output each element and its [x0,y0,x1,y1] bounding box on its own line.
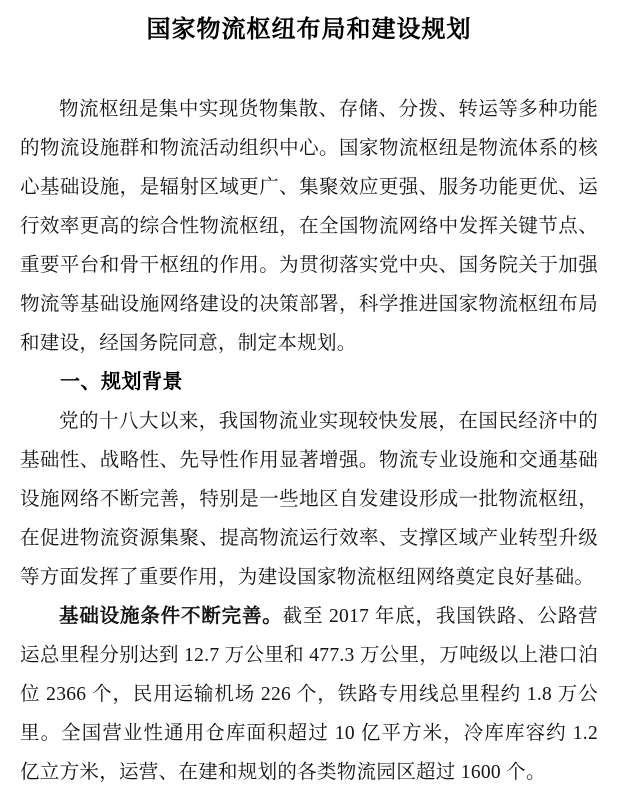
infrastructure-paragraph-lead: 基础设施条件不断完善。 [59,606,283,627]
section-heading-planning-background: 一、规划背景 [20,363,598,402]
document-page: 国家物流枢纽布局和建设规划 物流枢纽是集中实现货物集散、存储、分拨、转运等多种功… [0,0,618,787]
document-title: 国家物流枢纽布局和建设规划 [20,12,598,48]
background-paragraph: 党的十八大以来，我国物流业实现较快发展，在国民经济中的基础性、战略性、先导性作用… [20,402,598,597]
intro-paragraph: 物流枢纽是集中实现货物集散、存储、分拨、转运等多种功能的物流设施群和物流活动组织… [20,90,598,363]
infrastructure-paragraph-text: 截至 2017 年底，我国铁路、公路营运总里程分别达到 12.7 万公里和 47… [20,606,598,783]
infrastructure-paragraph: 基础设施条件不断完善。截至 2017 年底，我国铁路、公路营运总里程分别达到 1… [20,597,598,787]
